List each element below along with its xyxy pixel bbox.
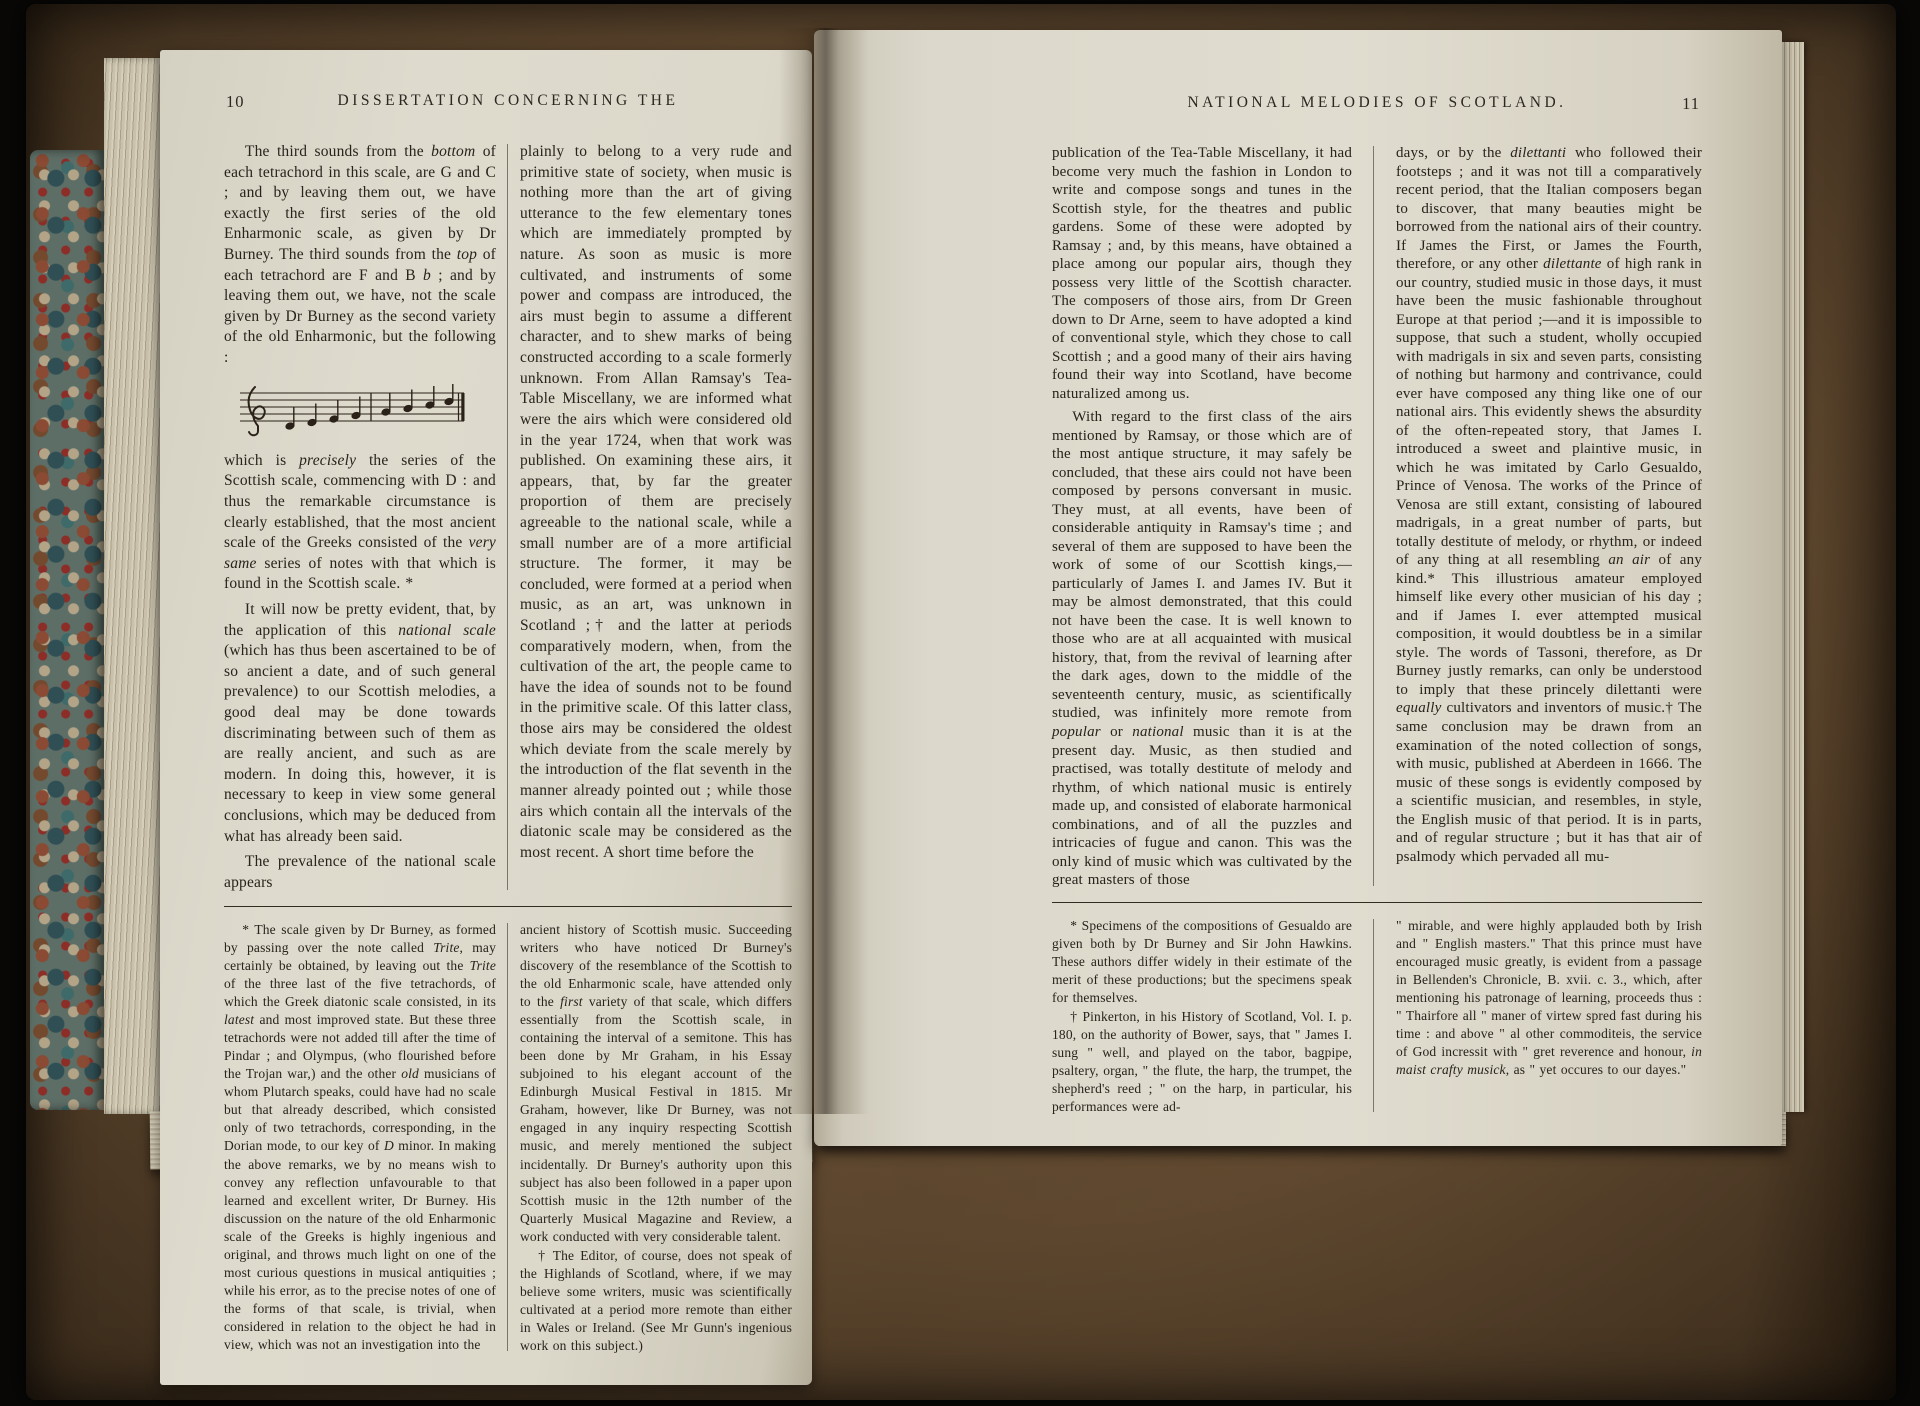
paragraph: publication of the Tea-Table Miscellany,… [1052, 144, 1352, 403]
paragraph: It will now be pretty evident, that, by … [224, 600, 496, 847]
paragraph: ancient history of Scottish music. Succe… [520, 921, 792, 1246]
left-page-column-2: plainly to belong to a very rude and pri… [520, 142, 792, 894]
page-stack-edge-left [104, 58, 162, 1114]
paragraph: * The scale given by Dr Burney, as forme… [224, 921, 496, 1355]
column-divider [507, 923, 508, 1352]
left-page-footnote-column-1: * The scale given by Dr Burney, as forme… [224, 921, 496, 1356]
right-page-main-text: publication of the Tea-Table Miscellany,… [1052, 144, 1702, 890]
right-page-header: NATIONAL MELODIES OF SCOTLAND. 11 [1052, 94, 1702, 120]
paragraph: † Pinkerton, in his History of Scotland,… [1052, 1008, 1352, 1116]
treble-clef-icon [249, 387, 265, 435]
paragraph: With regard to the first class of the ai… [1052, 408, 1352, 889]
right-page-footnote-column-2: " mirable, and were highly applauded bot… [1396, 917, 1702, 1117]
paragraph: which is precisely the series of the Sco… [224, 451, 496, 595]
paragraph: days, or by the dilettanti who followed … [1396, 144, 1702, 866]
running-title: DISSERTATION CONCERNING THE [224, 92, 792, 110]
paragraph: " mirable, and were highly applauded bot… [1396, 917, 1702, 1080]
left-page-header: 10 DISSERTATION CONCERNING THE [224, 92, 792, 118]
column-divider [507, 144, 508, 890]
paragraph: * Specimens of the compositions of Gesua… [1052, 917, 1352, 1007]
footnote-rule [224, 906, 792, 907]
right-page-footnote-column-1: * Specimens of the compositions of Gesua… [1052, 917, 1352, 1117]
marbled-board-edge [30, 150, 104, 1110]
right-page-column-2: days, or by the dilettanti who followed … [1396, 144, 1702, 890]
left-page-footnotes: * The scale given by Dr Burney, as forme… [224, 921, 792, 1356]
paragraph: The third sounds from the bottom of each… [224, 142, 496, 369]
music-staff-figure [228, 381, 468, 439]
paragraph: The prevalence of the national scale app… [224, 852, 496, 893]
left-page-column-1: The third sounds from the bottom of each… [224, 142, 496, 894]
running-title: NATIONAL MELODIES OF SCOTLAND. [1052, 94, 1702, 112]
right-page-footnotes: * Specimens of the compositions of Gesua… [1052, 917, 1702, 1117]
footnote-rule [1052, 902, 1702, 903]
left-page-main-text: The third sounds from the bottom of each… [224, 142, 792, 894]
paragraph: plainly to belong to a very rude and pri… [520, 142, 792, 863]
page-stack-edge-right [1782, 42, 1804, 1112]
right-page: NATIONAL MELODIES OF SCOTLAND. 11 public… [814, 30, 1782, 1146]
column-divider [1373, 919, 1374, 1113]
treble-staff-icon [228, 381, 468, 439]
page-number: 11 [1682, 94, 1700, 114]
left-page: 10 DISSERTATION CONCERNING THE The third… [160, 50, 812, 1385]
column-divider [1373, 146, 1374, 886]
paragraph: † The Editor, of course, does not speak … [520, 1247, 792, 1355]
right-page-column-1: publication of the Tea-Table Miscellany,… [1052, 144, 1352, 890]
left-page-footnote-column-2: ancient history of Scottish music. Succe… [520, 921, 792, 1356]
